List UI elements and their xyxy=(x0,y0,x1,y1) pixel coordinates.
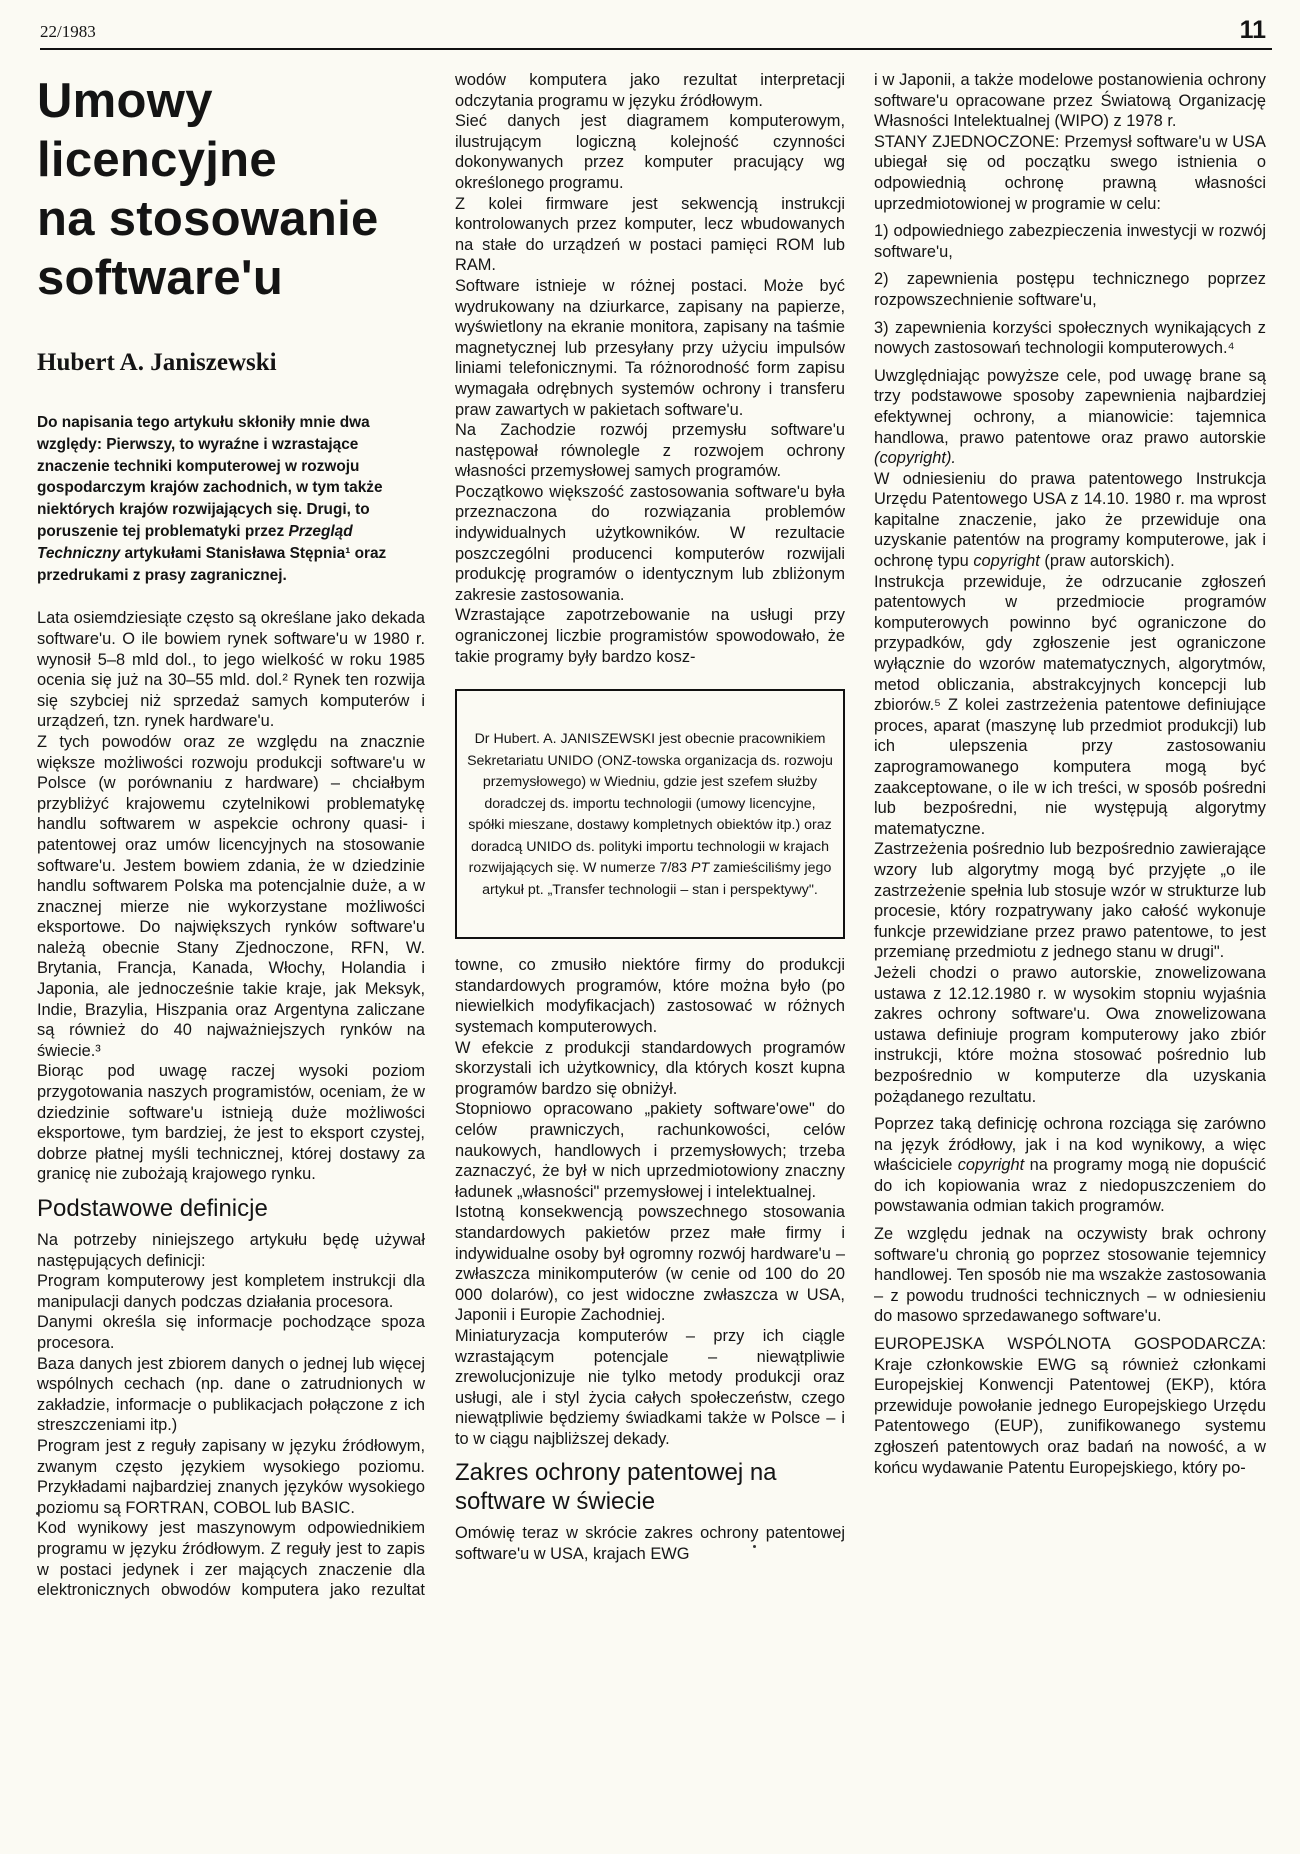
column-1: Umowy licencyjne na stosowanie software'… xyxy=(37,58,425,1601)
title-line: na stosowanie xyxy=(37,192,379,246)
body-paragraph: W efekcie z produkcji standardowych prog… xyxy=(455,1038,845,1100)
body-paragraph-continued: i w Japonii, a także modelowe postanowie… xyxy=(874,70,1266,132)
definition-data-network: Sieć danych jest diagramem komputerowym,… xyxy=(455,111,845,193)
goal-list-item: 1) odpowiedniego zabezpieczenia inwestyc… xyxy=(874,221,1266,262)
column-2: wodów komputera jako rezultat interpreta… xyxy=(455,70,845,1565)
article-title: Umowy licencyjne na stosowanie software'… xyxy=(37,72,425,308)
body-paragraph: W odniesieniu do prawa patentowego Instr… xyxy=(874,469,1266,572)
body-paragraph: Lata osiemdziesiąte często są określane … xyxy=(37,608,425,732)
lead-paragraph: Do napisania tego artykułu skłoniły mnie… xyxy=(37,412,425,586)
author-byline: Hubert A. Janiszewski xyxy=(37,348,425,378)
author-bio-box: Dr Hubert. A. JANISZEWSKI jest obecnie p… xyxy=(455,689,845,939)
body-paragraph: Miniaturyzacja komputerów – przy ich cią… xyxy=(455,1326,845,1450)
issue-number: 22/1983 xyxy=(40,22,96,42)
body-paragraph: Początkowo większość zastosowania softwa… xyxy=(455,482,845,606)
body-paragraph: Z tych powodów oraz ze względu na znaczn… xyxy=(37,732,425,1062)
body-paragraph: Wzrastające zapotrzebowanie na usługi pr… xyxy=(455,605,845,667)
definition-data: Danymi określa się informacje pochodzące… xyxy=(37,1312,425,1353)
body-paragraph-continued: wodów komputera jako rezultat interpreta… xyxy=(455,70,845,111)
body-paragraph: Na potrzeby niniejszego artykułu będę uż… xyxy=(37,1230,425,1271)
title-line: licencyjne xyxy=(37,133,277,187)
page-header: 22/1983 11 xyxy=(40,16,1272,50)
goal-list-item: 2) zapewnienia postępu technicznego popr… xyxy=(874,269,1266,310)
definition-firmware: Z kolei firmware jest sekwencją instrukc… xyxy=(455,194,845,276)
definition-object-code: Kod wynikowy jest maszynowym odpowiednik… xyxy=(37,1518,425,1601)
body-paragraph: Zastrzeżenia pośrednio lub bezpośrednio … xyxy=(874,839,1266,963)
definition-source-language: Program jest z reguły zapisany w języku … xyxy=(37,1436,425,1518)
body-paragraph: Na Zachodzie rozwój przemysłu software'u… xyxy=(455,420,845,482)
goal-list-item: 3) zapewnienia korzyści społecznych wyni… xyxy=(874,318,1266,359)
section-heading-definitions: Podstawowe definicje xyxy=(37,1194,425,1223)
body-paragraph: Ze względu jednak na oczywisty brak ochr… xyxy=(874,1224,1266,1327)
body-paragraph: Biorąc pod uwagę raczej wysoki poziom pr… xyxy=(37,1061,425,1185)
section-heading-patent-scope: Zakres ochrony patentowej na software w … xyxy=(455,1458,845,1516)
body-paragraph: towne, co zmusiło niektóre firmy do prod… xyxy=(455,955,845,1037)
body-paragraph: Poprzez taką definicję ochrona rozciąga … xyxy=(874,1114,1266,1217)
print-speck xyxy=(36,1512,39,1515)
body-paragraph: Software istnieje w różnej postaci. Może… xyxy=(455,276,845,420)
column-3: i w Japonii, a także modelowe postanowie… xyxy=(874,70,1266,1478)
title-line: software'u xyxy=(37,251,283,305)
definition-program: Program komputerowy jest kompletem instr… xyxy=(37,1271,425,1312)
body-paragraph: Omówię teraz w skrócie zakres ochrony pa… xyxy=(455,1523,845,1564)
publication-abbrev: PT xyxy=(691,860,709,876)
print-speck xyxy=(753,1545,756,1548)
eec-section: EUROPEJSKA WSPÓLNOTA GOSPODARCZA: Kraje … xyxy=(874,1334,1266,1478)
usa-section-intro: STANY ZJEDNOCZONE: Przemysł software'u w… xyxy=(874,132,1266,214)
page-number: 11 xyxy=(1240,16,1266,45)
title-line: Umowy xyxy=(37,74,213,128)
body-paragraph: Istotną konsekwencją powszechnego stosow… xyxy=(455,1202,845,1326)
definition-database: Baza danych jest zbiorem danych o jednej… xyxy=(37,1354,425,1436)
body-paragraph: Instrukcja przewiduje, że odrzucanie zgł… xyxy=(874,572,1266,840)
body-paragraph: Stopniowo opracowano „pakiety software'o… xyxy=(455,1099,845,1202)
body-paragraph: Jeżeli chodzi o prawo autorskie, znoweli… xyxy=(874,963,1266,1107)
body-paragraph: Uwzględniając powyższe cele, pod uwagę b… xyxy=(874,366,1266,469)
